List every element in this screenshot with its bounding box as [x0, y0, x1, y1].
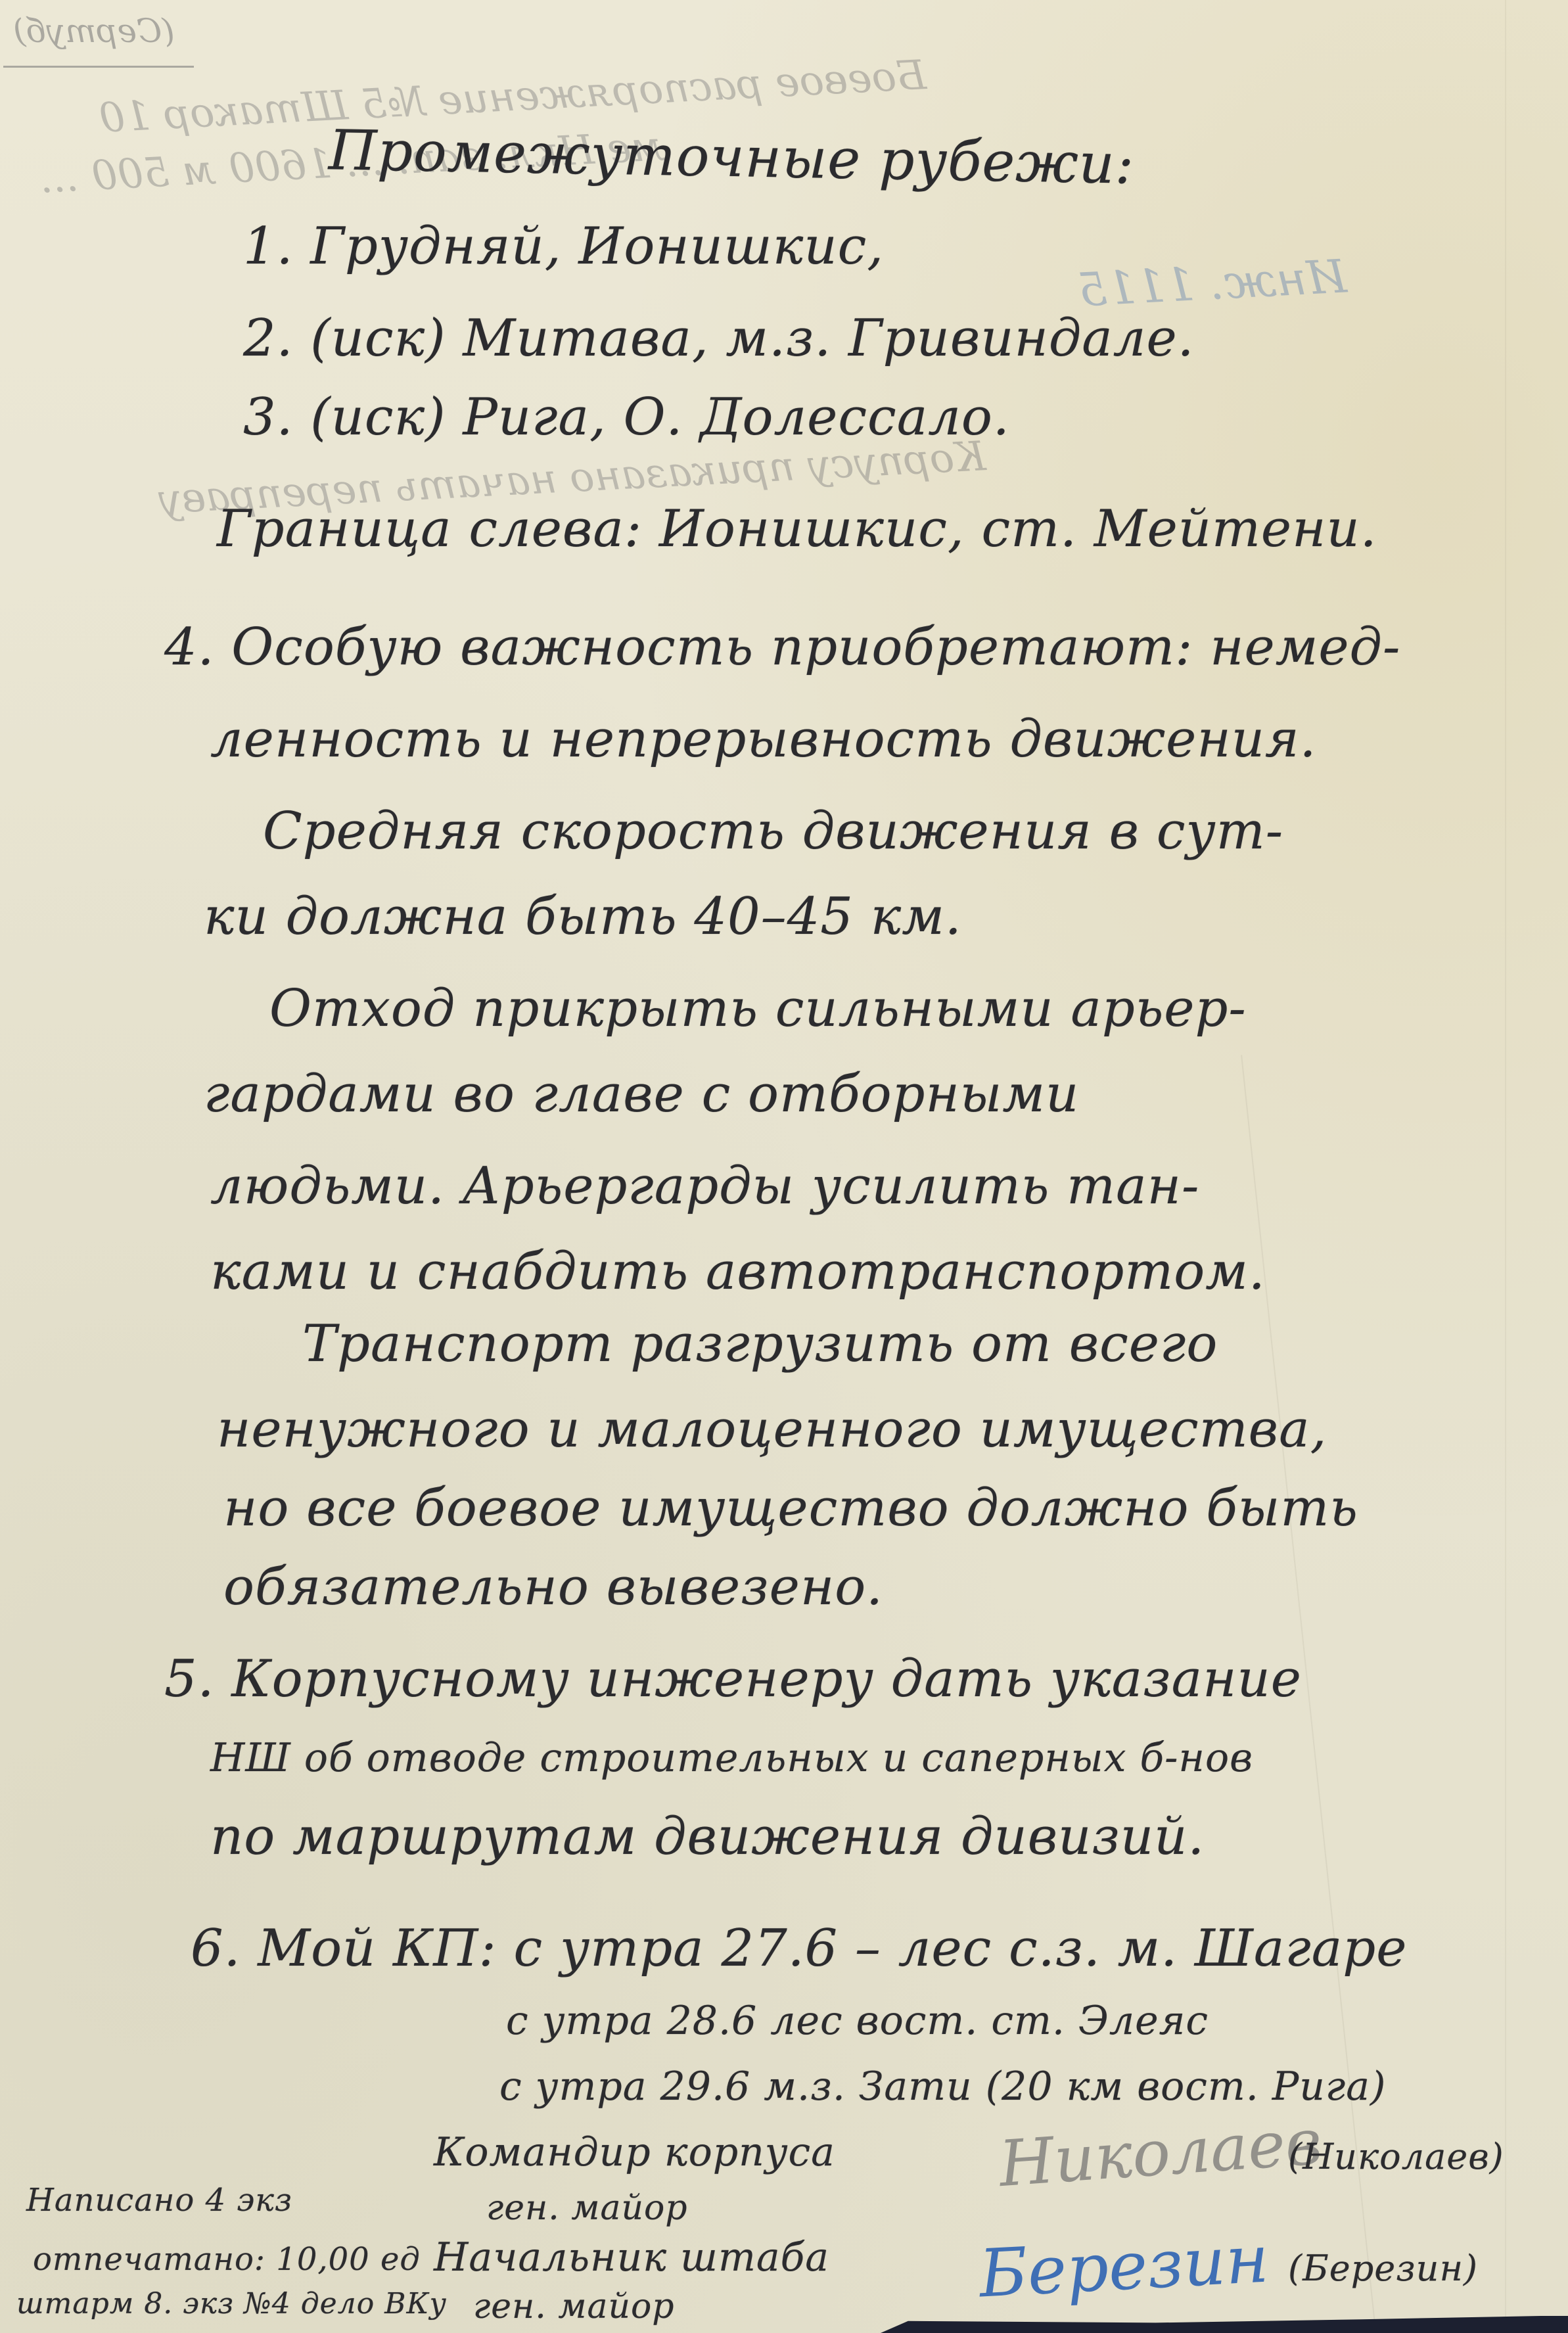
command-post-line: с утра 29.6 м.з. Зати (20 км вост. Рига) — [499, 2064, 1386, 2110]
archive-corner-mark: (Сертуб) — [13, 12, 175, 50]
paragraph-line: Транспорт разгрузить от всего — [302, 1314, 1218, 1374]
list-item: 2. (иск) Митава, м.з. Гривиндале. — [243, 309, 1194, 368]
commander-title: Командир корпуса — [434, 2129, 835, 2175]
paragraph-line: по маршрутам движения дивизий. — [210, 1807, 1205, 1866]
chief-of-staff-signature: Березин — [977, 2221, 1270, 2313]
chief-of-staff-name: (Березин) — [1288, 2248, 1478, 2289]
paragraph-line: обязательно вывезено. — [223, 1558, 883, 1617]
commander-rank: ген. майор — [486, 2188, 688, 2228]
copies-note: Написано 4 экз — [26, 2182, 292, 2219]
paragraph-line: ненужного и малоценного имущества, — [217, 1400, 1327, 1459]
paragraph-line: Отход прикрыть сильными арьер- — [269, 979, 1247, 1038]
paragraph-line: 5. Корпусному инженеру дать указание — [164, 1650, 1302, 1709]
paper-fold — [1505, 0, 1506, 2333]
paragraph-line: НШ об отводе строительных и саперных б-н… — [210, 1735, 1253, 1781]
copies-note: отпечатано: 10,00 ед — [33, 2241, 421, 2278]
list-item: 3. (иск) Рига, О. Долессало. — [243, 388, 1010, 447]
paragraph-line: ками и снабдить автотранспортом. — [210, 1242, 1266, 1301]
paragraph-line: 4. Особую важность приобретают: немед- — [164, 618, 1400, 677]
command-post-line: с утра 28.6 лес вост. ст. Элеяс — [506, 1998, 1209, 2044]
paragraph-line: людьми. Арьергарды усилить тан- — [210, 1157, 1199, 1216]
copies-note: штарм 8. экз №4 дело ВКу — [16, 2287, 447, 2321]
paragraph-line: ленность и непрерывность движения. — [210, 710, 1316, 769]
paragraph-line: ки должна быть 40–45 км. — [204, 887, 962, 946]
paragraph-line: гардами во главе с отборными — [204, 1065, 1079, 1124]
paragraph-line: Средняя скорость движения в сут- — [263, 802, 1283, 861]
chief-of-staff-rank: ген. майор — [473, 2287, 675, 2326]
list-item: 1. Грудняй, Ионишкис, — [243, 217, 884, 276]
commander-name: (Николаев) — [1288, 2136, 1504, 2177]
paragraph-line: но все боевое имущество должно быть — [223, 1479, 1358, 1538]
boundary-text: Граница слева: Ионишкис, ст. Мейтени. — [217, 499, 1377, 559]
corner-underline — [3, 66, 194, 68]
command-post-line: 6. Мой КП: с утра 27.6 – лес с.з. м. Шаг… — [191, 1919, 1407, 1978]
chief-of-staff-title: Начальник штаба — [434, 2234, 829, 2280]
